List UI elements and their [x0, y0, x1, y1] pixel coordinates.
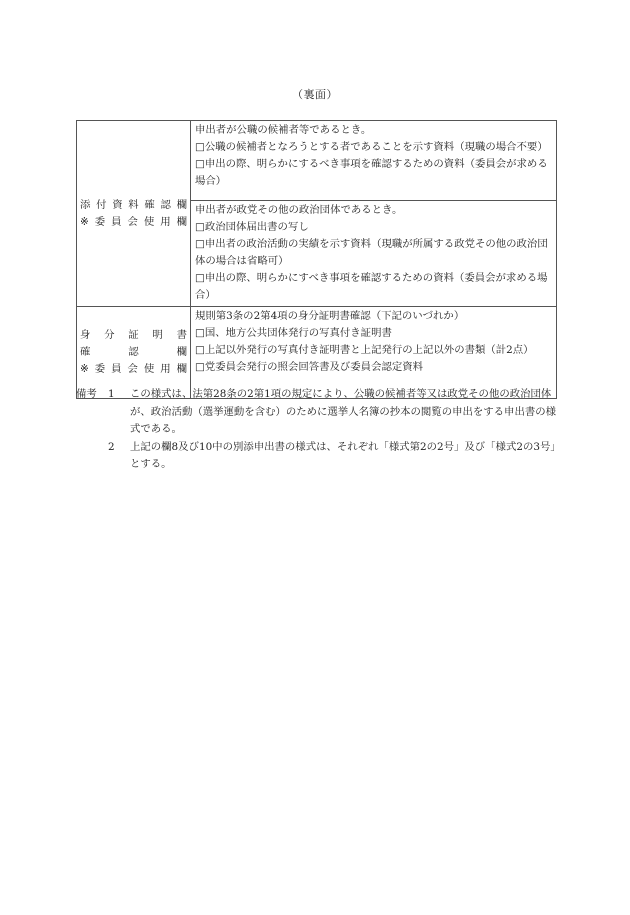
checkbox-item[interactable]: □公職の候補者となろうとする者であることを示す資料（現職の場合不要） [195, 139, 552, 156]
note-number: 2 [106, 439, 130, 474]
notes-heading: 備考 [76, 386, 106, 439]
label-line: 添付資料確認欄 [80, 197, 187, 214]
section-heading: 申出者が政党その他の政治団体であるとき。 [195, 202, 552, 219]
attachment-check-label: 添付資料確認欄 ※委員会使用欄 [77, 121, 191, 307]
label-line: ※委員会使用欄 [80, 361, 187, 378]
checkbox-item[interactable]: □国、地方公共団体発行の写真付き証明書 [195, 325, 552, 342]
checkbox-item[interactable]: □申出の際、明らかにすべき事項を確認するための資料（委員会が求める場合） [195, 270, 552, 304]
section-heading: 申出者が公職の候補者等であるとき。 [195, 122, 552, 139]
checkbox-item[interactable]: □上記以外発行の写真付き証明書と上記発行の上記以外の書類（計2点） [195, 342, 552, 359]
checkbox-item[interactable]: □申出の際、明らかにするべき事項を確認するための資料（委員会が求める場合） [195, 156, 552, 190]
political-group-attachments-cell: 申出者が政党その他の政治団体であるとき。 □政治団体届出書の写し □申出者の政治… [191, 201, 557, 307]
note-text: 上記の欄8及び10中の別添申出書の様式は、それぞれ「様式第2の2号」及び「様式2… [130, 439, 561, 474]
label-line: ※委員会使用欄 [80, 214, 187, 231]
note-item-2: 2 上記の欄8及び10中の別添申出書の様式は、それぞれ「様式第2の2号」及び「様… [76, 439, 561, 474]
checkbox-item[interactable]: □申出者の政治活動の実績を示す資料（現職が所属する政党その他の政治団体の場合は省… [195, 236, 552, 270]
note-number: 1 [106, 386, 130, 439]
checkbox-item[interactable]: □政治団体届出書の写し [195, 219, 552, 236]
confirmation-table: 添付資料確認欄 ※委員会使用欄 申出者が公職の候補者等であるとき。 □公職の候補… [76, 120, 557, 399]
table-row-attachment-check-a: 添付資料確認欄 ※委員会使用欄 申出者が公職の候補者等であるとき。 □公職の候補… [77, 121, 557, 201]
label-line: 身分証明書 [80, 327, 187, 344]
notes-section: 備考 1 この様式は、法第28条の2第1項の規定により、公職の候補者等又は政党そ… [76, 386, 561, 474]
section-heading: 規則第3条の2第4項の身分証明書確認（下記のいづれか） [195, 308, 552, 325]
table-row-id-check: 身分証明書 確認欄 ※委員会使用欄 規則第3条の2第4項の身分証明書確認（下記の… [77, 307, 557, 399]
label-line: 確認欄 [80, 344, 187, 361]
note-text: この様式は、法第28条の2第1項の規定により、公職の候補者等又は政党その他の政治… [130, 386, 561, 439]
note-item-1: 備考 1 この様式は、法第28条の2第1項の規定により、公職の候補者等又は政党そ… [76, 386, 561, 439]
candidate-attachments-cell: 申出者が公職の候補者等であるとき。 □公職の候補者となろうとする者であることを示… [191, 121, 557, 201]
page-title: （裏面） [0, 86, 630, 102]
checkbox-item[interactable]: □党委員会発行の照会回答書及び委員会認定資料 [195, 359, 552, 376]
id-check-label: 身分証明書 確認欄 ※委員会使用欄 [77, 307, 191, 399]
id-documents-cell: 規則第3条の2第4項の身分証明書確認（下記のいづれか） □国、地方公共団体発行の… [191, 307, 557, 399]
